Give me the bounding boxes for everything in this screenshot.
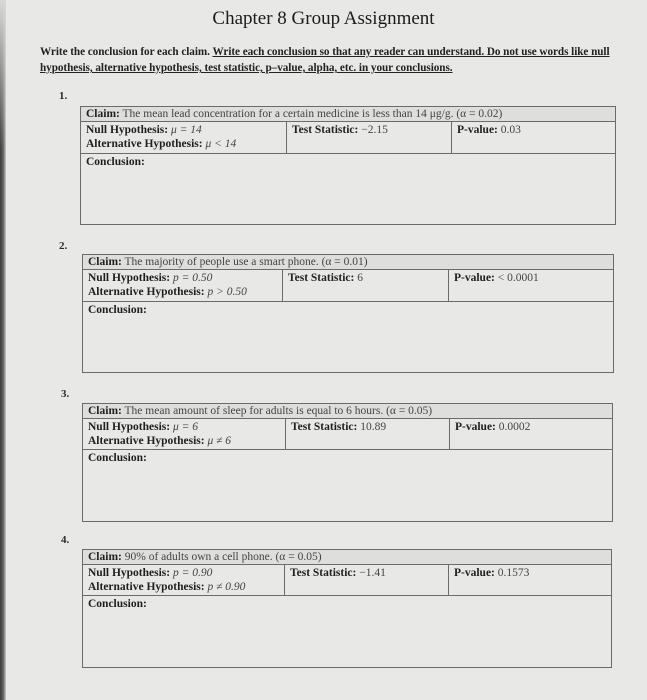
test-statistic-label: Test Statistic: bbox=[288, 272, 354, 284]
alt-hypothesis-label: Alternative Hypothesis: bbox=[88, 435, 205, 447]
p-value-value: 0.1573 bbox=[498, 567, 530, 579]
test-statistic-cell: Test Statistic: −2.15 bbox=[286, 122, 451, 153]
null-hypothesis-label: Null Hypothesis: bbox=[86, 124, 168, 136]
question-table-2: Claim: The majority of people use a smar… bbox=[82, 254, 614, 373]
claim-row: Claim: 90% of adults own a cell phone. (… bbox=[83, 550, 611, 565]
null-hypothesis-value: p = 0.90 bbox=[173, 567, 212, 579]
p-value-value: 0.0002 bbox=[499, 421, 531, 433]
test-statistic-cell: Test Statistic: 6 bbox=[282, 270, 448, 301]
conclusion-label: Conclusion: bbox=[86, 156, 145, 168]
instructions-plain: Write the conclusion for each claim. bbox=[40, 46, 212, 58]
hypotheses-cell: Null Hypothesis: p = 0.90 Alternative Hy… bbox=[83, 565, 284, 595]
hypotheses-cell: Null Hypothesis: μ = 14 Alternative Hypo… bbox=[81, 122, 286, 153]
instructions: Write the conclusion for each claim. Wri… bbox=[40, 44, 620, 76]
claim-label: Claim: bbox=[88, 256, 122, 268]
null-hypothesis-value: μ = 14 bbox=[171, 124, 202, 136]
hypothesis-row: Null Hypothesis: p = 0.50 Alternative Hy… bbox=[83, 270, 613, 302]
claim-row: Claim: The majority of people use a smar… bbox=[83, 255, 613, 270]
p-value-value: 0.03 bbox=[501, 124, 521, 136]
question-number: 4. bbox=[61, 534, 69, 546]
p-value-cell: P-value: < 0.0001 bbox=[448, 270, 613, 301]
claim-text: The majority of people use a smart phone… bbox=[125, 256, 368, 268]
alt-hypothesis-value: μ < 14 bbox=[205, 138, 236, 150]
p-value-label: P-value: bbox=[455, 421, 496, 433]
conclusion-field[interactable]: Conclusion: bbox=[83, 450, 612, 521]
p-value-label: P-value: bbox=[454, 272, 495, 284]
null-hypothesis-label: Null Hypothesis: bbox=[88, 567, 170, 579]
test-statistic-value: −1.41 bbox=[359, 567, 386, 579]
alt-hypothesis-label: Alternative Hypothesis: bbox=[88, 286, 205, 298]
claim-row: Claim: The mean amount of sleep for adul… bbox=[83, 404, 612, 419]
alt-hypothesis-value: μ ≠ 6 bbox=[207, 435, 231, 447]
alt-hypothesis-value: p ≠ 0.90 bbox=[207, 581, 245, 593]
hypothesis-row: Null Hypothesis: μ = 14 Alternative Hypo… bbox=[81, 122, 615, 154]
conclusion-field[interactable]: Conclusion: bbox=[83, 302, 613, 372]
null-hypothesis-label: Null Hypothesis: bbox=[88, 421, 170, 433]
test-statistic-label: Test Statistic: bbox=[290, 567, 356, 579]
null-hypothesis-label: Null Hypothesis: bbox=[88, 272, 170, 284]
claim-label: Claim: bbox=[88, 405, 122, 417]
claim-text: The mean amount of sleep for adults is e… bbox=[125, 405, 433, 417]
conclusion-field[interactable]: Conclusion: bbox=[83, 596, 611, 667]
alt-hypothesis-label: Alternative Hypothesis: bbox=[88, 581, 205, 593]
hypothesis-row: Null Hypothesis: μ = 6 Alternative Hypot… bbox=[83, 419, 612, 450]
alt-hypothesis-value: p > 0.50 bbox=[207, 286, 246, 298]
conclusion-label: Conclusion: bbox=[88, 304, 147, 316]
test-statistic-label: Test Statistic: bbox=[291, 421, 357, 433]
test-statistic-label: Test Statistic: bbox=[292, 124, 358, 136]
null-hypothesis-value: p = 0.50 bbox=[173, 272, 212, 284]
hypotheses-cell: Null Hypothesis: μ = 6 Alternative Hypot… bbox=[83, 419, 285, 449]
claim-text: The mean lead concentration for a certai… bbox=[123, 108, 503, 120]
alt-hypothesis-label: Alternative Hypothesis: bbox=[86, 138, 203, 150]
page-title: Chapter 8 Group Assignment bbox=[0, 8, 647, 30]
hypothesis-row: Null Hypothesis: p = 0.90 Alternative Hy… bbox=[83, 565, 611, 596]
question-table-3: Claim: The mean amount of sleep for adul… bbox=[82, 403, 613, 522]
claim-label: Claim: bbox=[86, 108, 120, 120]
claim-label: Claim: bbox=[88, 551, 122, 563]
p-value-label: P-value: bbox=[454, 567, 495, 579]
claim-row: Claim: The mean lead concentration for a… bbox=[81, 107, 615, 122]
question-number: 3. bbox=[61, 388, 69, 400]
conclusion-label: Conclusion: bbox=[88, 598, 147, 610]
test-statistic-cell: Test Statistic: 10.89 bbox=[285, 419, 449, 449]
null-hypothesis-value: μ = 6 bbox=[173, 421, 198, 433]
hypotheses-cell: Null Hypothesis: p = 0.50 Alternative Hy… bbox=[83, 270, 282, 301]
p-value-label: P-value: bbox=[457, 124, 498, 136]
conclusion-label: Conclusion: bbox=[88, 452, 147, 464]
claim-text: 90% of adults own a cell phone. (α = 0.0… bbox=[125, 551, 322, 563]
question-number: 1. bbox=[59, 90, 67, 102]
test-statistic-cell: Test Statistic: −1.41 bbox=[284, 565, 448, 595]
question-table-4: Claim: 90% of adults own a cell phone. (… bbox=[82, 549, 612, 668]
p-value-value: < 0.0001 bbox=[498, 272, 539, 284]
p-value-cell: P-value: 0.1573 bbox=[448, 565, 611, 595]
test-statistic-value: −2.15 bbox=[361, 124, 388, 136]
p-value-cell: P-value: 0.0002 bbox=[449, 419, 612, 449]
question-table-1: Claim: The mean lead concentration for a… bbox=[80, 106, 616, 225]
p-value-cell: P-value: 0.03 bbox=[451, 122, 615, 153]
test-statistic-value: 6 bbox=[357, 272, 363, 284]
conclusion-field[interactable]: Conclusion: bbox=[81, 154, 615, 224]
test-statistic-value: 10.89 bbox=[360, 421, 386, 433]
question-number: 2. bbox=[59, 240, 67, 252]
